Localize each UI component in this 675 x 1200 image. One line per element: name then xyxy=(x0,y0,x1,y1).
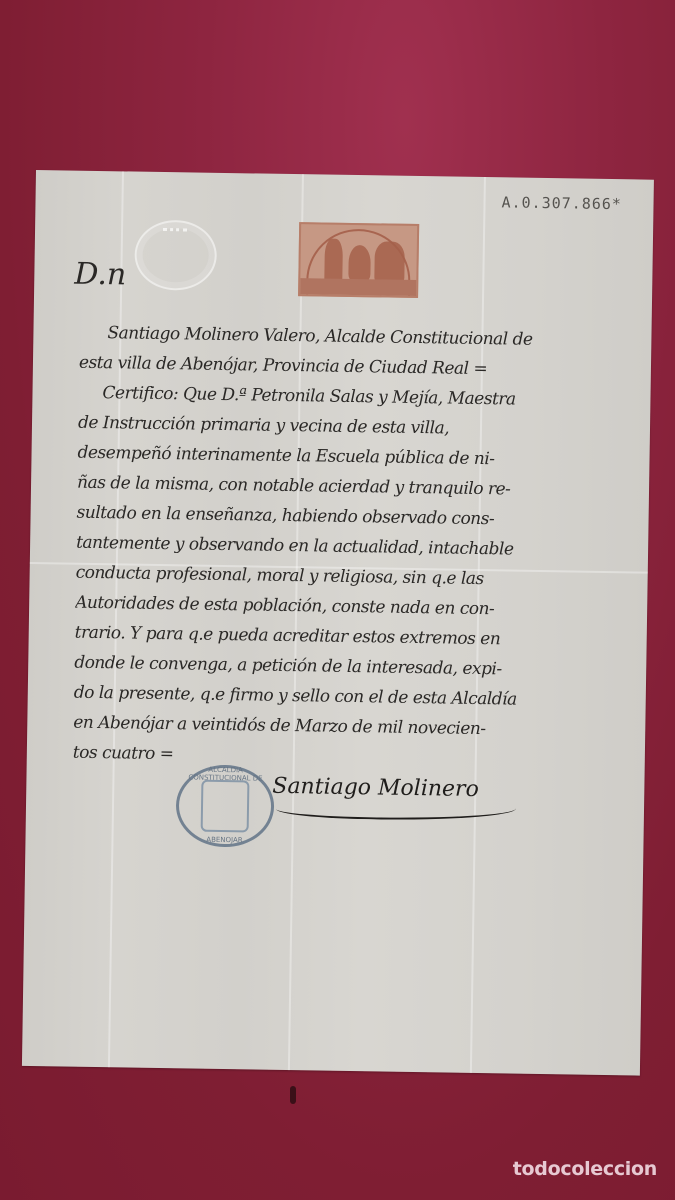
document-paper: A.0.307.866* D.n Santiago Molinero Valer… xyxy=(22,170,654,1076)
document-line: Autoridades de esta población, conste na… xyxy=(75,593,633,622)
paper-fold xyxy=(108,171,124,1067)
pin-mark xyxy=(290,1086,296,1104)
document-line: tantemente y observando en la actualidad… xyxy=(76,533,634,562)
document-line: tos cuatro = xyxy=(73,743,631,772)
seal-text-bottom: ABENOJAR xyxy=(178,835,270,844)
fiscal-stamp-icon xyxy=(298,222,419,298)
municipal-seal-icon: ALCALDIA CONSTITUCIONAL DE ABENOJAR xyxy=(175,764,274,848)
document-line: en Abenójar a veintidós de Marzo de mil … xyxy=(73,713,631,742)
watermark: todocoleccion xyxy=(513,1158,657,1180)
document-line: de Instrucción primaria y vecina de esta… xyxy=(78,413,636,442)
document-line: trario. Y para q.e pueda acreditar estos… xyxy=(75,623,633,652)
document-line: desempeñó interinamente la Escuela públi… xyxy=(77,443,635,472)
paper-fold xyxy=(288,174,304,1070)
paper-fold xyxy=(470,177,486,1073)
embossed-seal-icon xyxy=(134,220,217,291)
document-line: esta villa de Abenójar, Provincia de Ciu… xyxy=(79,353,637,382)
document-line: conducta profesional, moral y religiosa,… xyxy=(76,563,634,592)
salutation: D.n xyxy=(74,257,126,293)
document-line: Santiago Molinero Valero, Alcalde Consti… xyxy=(107,323,637,351)
document-line: sultado en la enseñanza, habiendo observ… xyxy=(76,503,634,532)
serial-number: A.0.307.866* xyxy=(501,193,622,213)
document-line: Certifico: Que D.ª Petronila Salas y Mej… xyxy=(102,383,636,411)
signature-flourish xyxy=(276,796,516,822)
document-line: do la presente, q.e firmo y sello con el… xyxy=(74,683,632,712)
document-line: donde le convenga, a petición de la inte… xyxy=(74,653,632,682)
document-line: ñas de la misma, con notable acierdad y … xyxy=(77,473,635,502)
